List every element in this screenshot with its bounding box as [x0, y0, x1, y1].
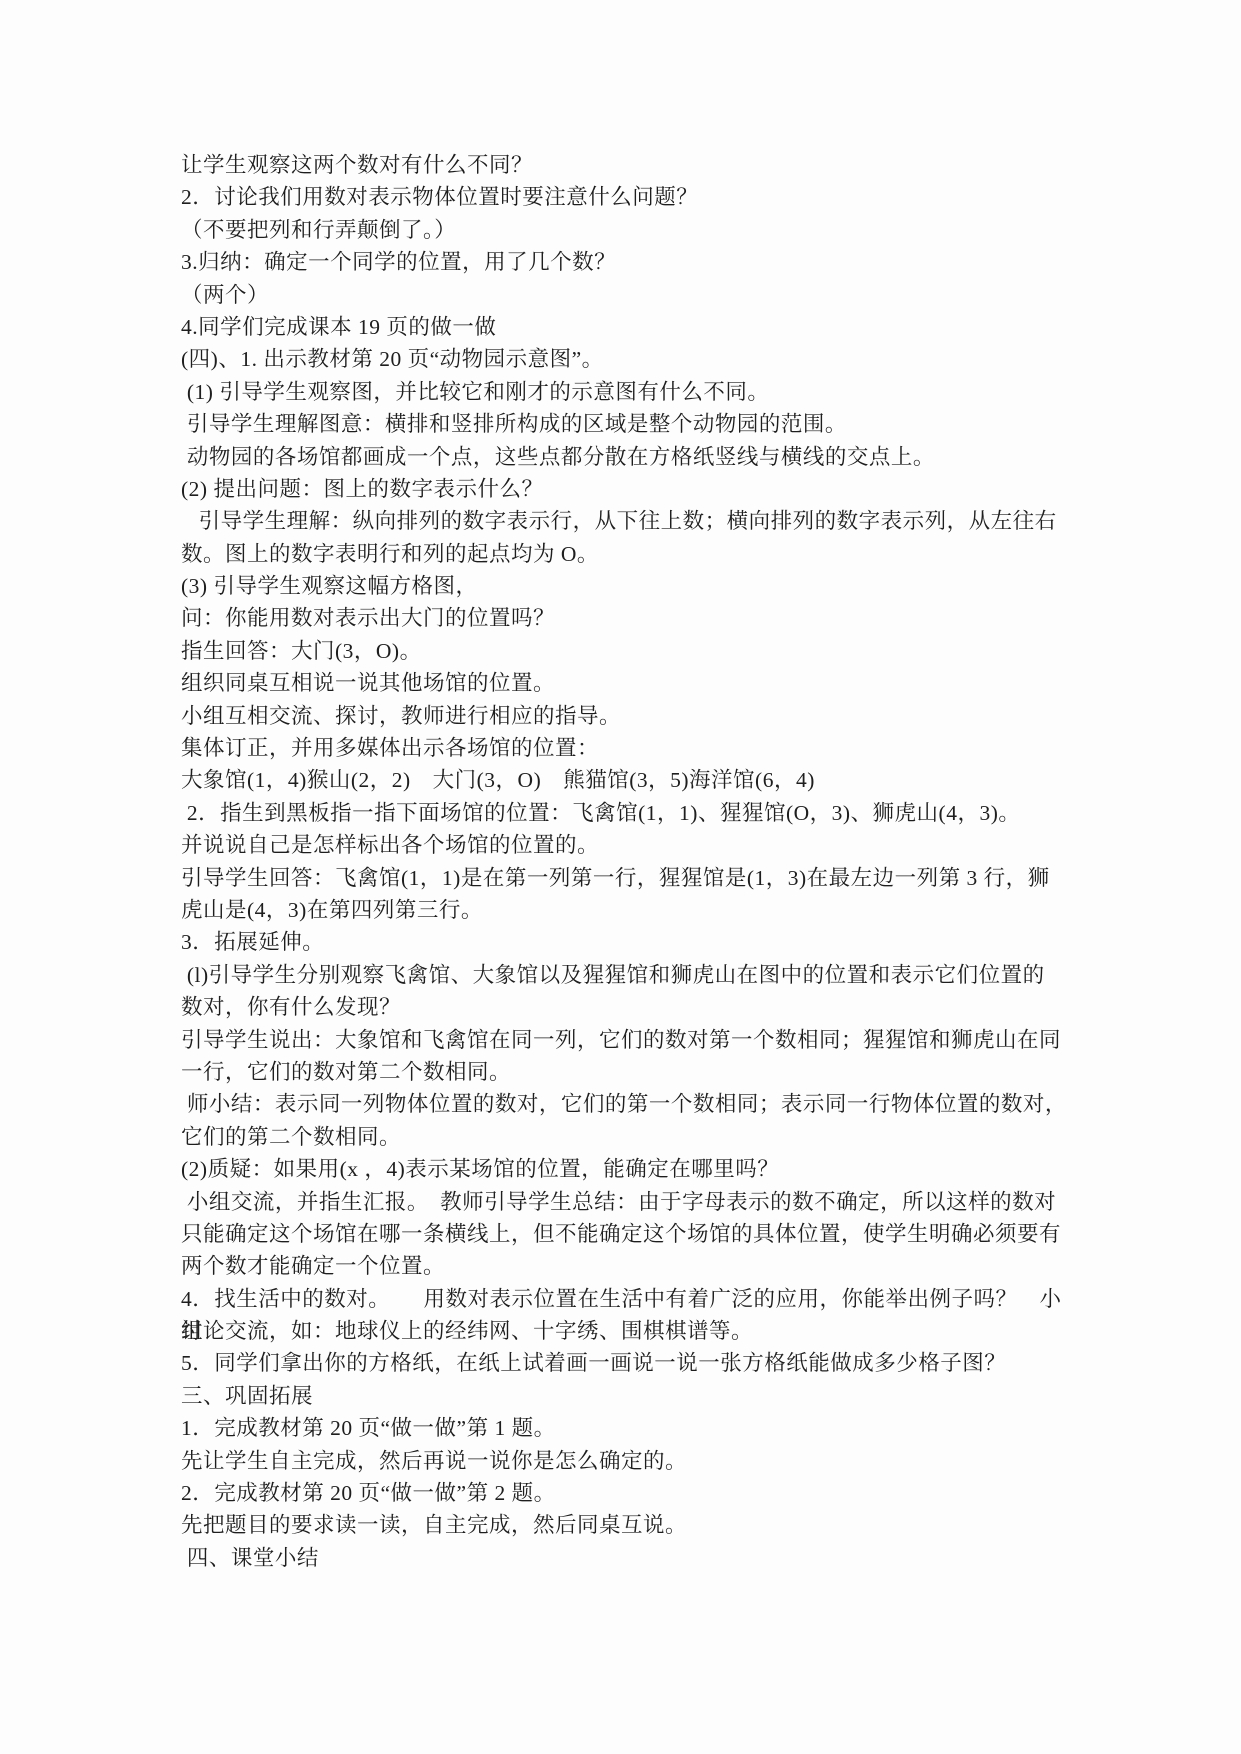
text-line: 并说说自己是怎样标出各个场馆的位置的。	[181, 829, 1076, 861]
text-line: 问：你能用数对表示出大门的位置吗？	[181, 602, 1076, 634]
text-line: 5．同学们拿出你的方格纸，在纸上试着画一画说一说一张方格纸能做成多少格子图？	[181, 1347, 1076, 1379]
text-line: (2)质疑：如果用(x ，4)表示某场馆的位置，能确定在哪里吗？	[181, 1153, 1076, 1185]
text-line: 小组交流，并指生汇报。 教师引导学生总结：由于字母表示的数不确定，所以这样的数对	[181, 1186, 1076, 1218]
text-line: 讨论交流，如：地球仪上的经纬网、十字绣、围棋棋谱等。	[181, 1315, 1076, 1347]
text-line: （两个）	[181, 279, 1076, 311]
text-line: 集体订正，并用多媒体出示各场馆的位置：	[181, 732, 1076, 764]
text-line: 4．找生活中的数对。 用数对表示位置在生活中有着广泛的应用，你能举出例子吗？ 小…	[181, 1283, 1076, 1315]
text-line: 2．指生到黑板指一指下面场馆的位置：飞禽馆(1，1)、猩猩馆(O，3)、狮虎山(…	[181, 797, 1076, 829]
text-line: 两个数才能确定一个位置。	[181, 1250, 1076, 1282]
text-line: 让学生观察这两个数对有什么不同？	[181, 149, 1076, 181]
text-line: 2．完成教材第 20 页“做一做”第 2 题。	[181, 1477, 1076, 1509]
text-line: 引导学生说出：大象馆和飞禽馆在同一列，它们的数对第一个数相同；猩猩馆和狮虎山在同	[181, 1024, 1076, 1056]
text-line: （不要把列和行弄颠倒了。）	[181, 214, 1076, 246]
text-line: 虎山是(4，3)在第四列第三行。	[181, 894, 1076, 926]
text-line: 组织同桌互相说一说其他场馆的位置。	[181, 667, 1076, 699]
document-text-block: 让学生观察这两个数对有什么不同？ 2．讨论我们用数对表示物体位置时要注意什么问题…	[181, 149, 1076, 1574]
text-line: 3．拓展延伸。	[181, 926, 1076, 958]
text-line: 只能确定这个场馆在哪一条横线上，但不能确定这个场馆的具体位置，使学生明确必须要有	[181, 1218, 1076, 1250]
text-line: 三、巩固拓展	[181, 1380, 1076, 1412]
text-line: 引导学生理解：纵向排列的数字表示行，从下往上数；横向排列的数字表示列，从左往右	[181, 505, 1076, 537]
text-line: 动物园的各场馆都画成一个点，这些点都分散在方格纸竖线与横线的交点上。	[181, 441, 1076, 473]
text-line: (2) 提出问题：图上的数字表示什么？	[181, 473, 1076, 505]
text-line: (l)引导学生分别观察飞禽馆、大象馆以及猩猩馆和狮虎山在图中的位置和表示它们位置…	[181, 959, 1076, 991]
text-line: (3) 引导学生观察这幅方格图，	[181, 570, 1076, 602]
text-line: 引导学生理解图意：横排和竖排所构成的区域是整个动物园的范围。	[181, 408, 1076, 440]
text-line: 先把题目的要求读一读，自主完成，然后同桌互说。	[181, 1509, 1076, 1541]
text-line: 1．完成教材第 20 页“做一做”第 1 题。	[181, 1412, 1076, 1444]
text-line: 一行，它们的数对第二个数相同。	[181, 1056, 1076, 1088]
text-line: (1) 引导学生观察图，并比较它和刚才的示意图有什么不同。	[181, 376, 1076, 408]
text-line: 数。图上的数字表明行和列的起点均为 O。	[181, 538, 1076, 570]
text-line: 它们的第二个数相同。	[181, 1121, 1076, 1153]
text-line: 3.归纳：确定一个同学的位置，用了几个数？	[181, 246, 1076, 278]
text-line: 师小结：表示同一列物体位置的数对，它们的第一个数相同；表示同一行物体位置的数对，	[181, 1088, 1076, 1120]
text-line: 四、课堂小结	[181, 1542, 1076, 1574]
text-line: (四)、1. 出示教材第 20 页“动物园示意图”。	[181, 343, 1076, 375]
text-line: 先让学生自主完成，然后再说一说你是怎么确定的。	[181, 1445, 1076, 1477]
text-line: 4.同学们完成课本 19 页的做一做	[181, 311, 1076, 343]
text-line: 小组互相交流、探讨，教师进行相应的指导。	[181, 700, 1076, 732]
document-page: 让学生观察这两个数对有什么不同？ 2．讨论我们用数对表示物体位置时要注意什么问题…	[0, 0, 1241, 1754]
text-line: 2．讨论我们用数对表示物体位置时要注意什么问题？	[181, 181, 1076, 213]
text-line: 指生回答：大门(3，O)。	[181, 635, 1076, 667]
text-line: 数对，你有什么发现？	[181, 991, 1076, 1023]
text-line: 大象馆(1，4)猴山(2，2) 大门(3，O) 熊猫馆(3，5)海洋馆(6，4)	[181, 764, 1076, 796]
text-line: 引导学生回答：飞禽馆(1，1)是在第一列第一行，猩猩馆是(1，3)在最左边一列第…	[181, 862, 1076, 894]
